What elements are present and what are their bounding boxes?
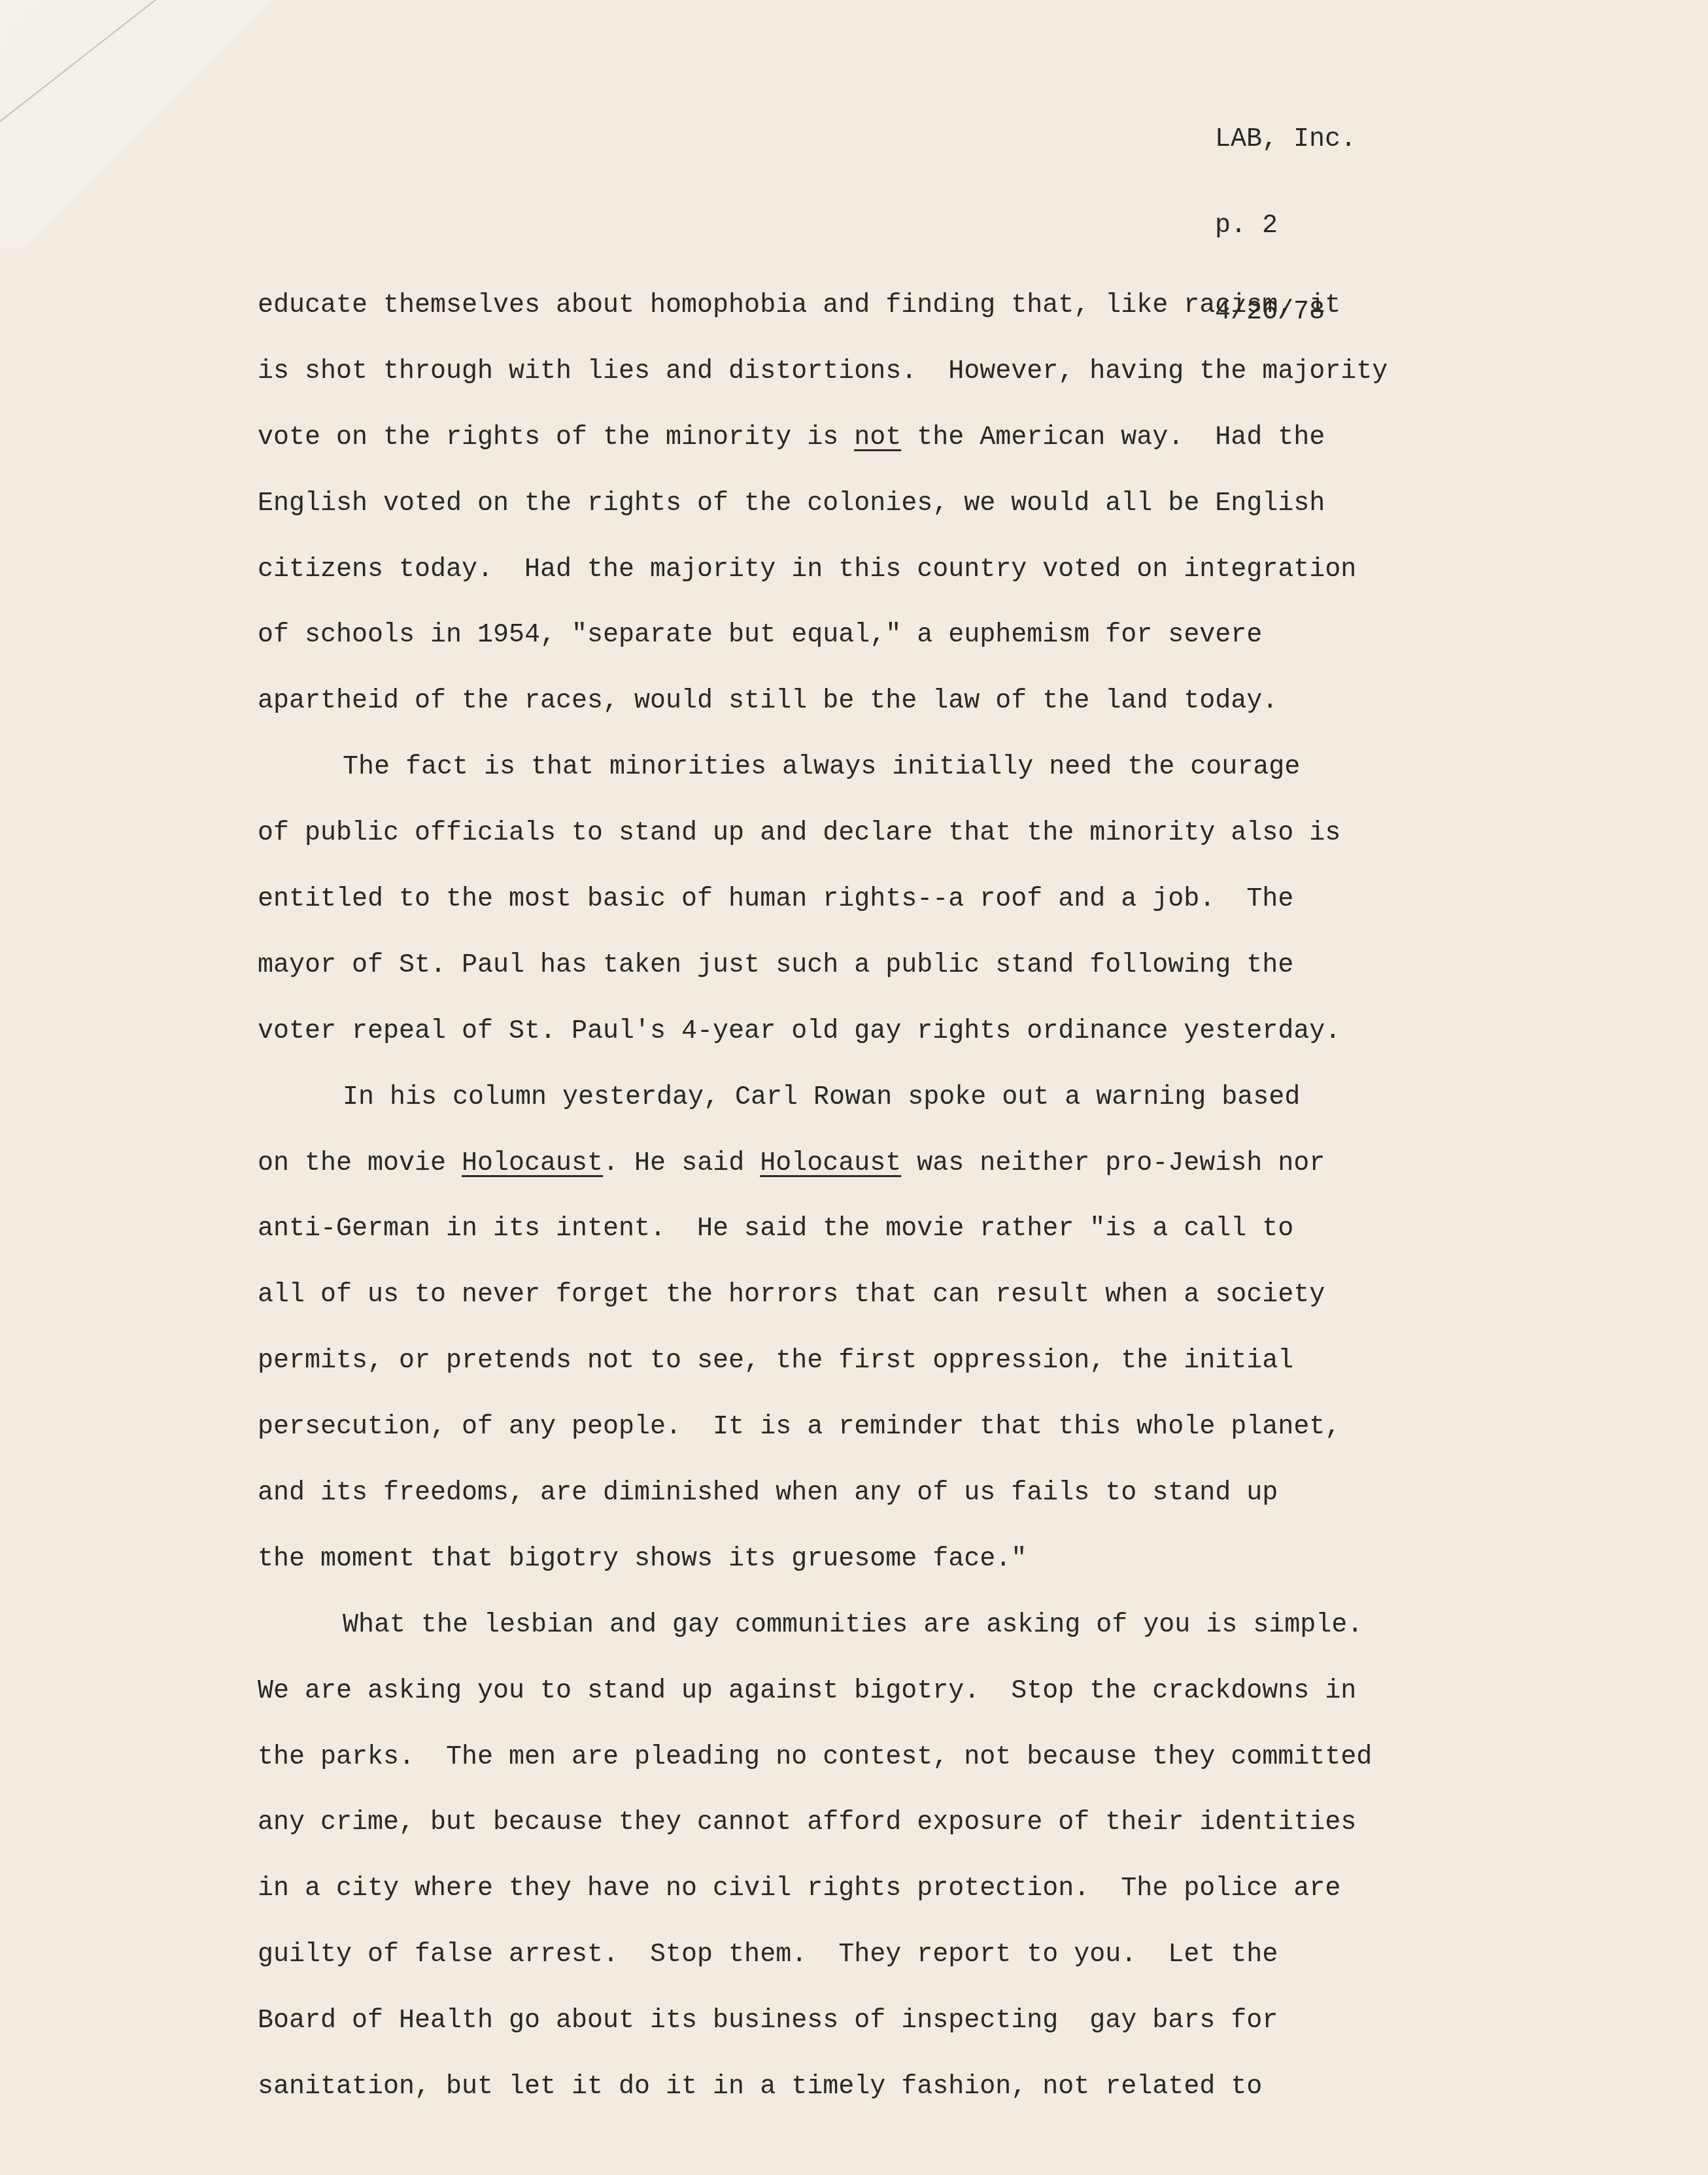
text-line: In his column yesterday, Carl Rowan spok… (258, 1065, 1500, 1131)
text-line: guilty of false arrest. Stop them. They … (258, 1923, 1500, 1989)
text-line: The fact is that minorities always initi… (258, 735, 1500, 801)
text-line: English voted on the rights of the colon… (258, 471, 1500, 538)
text-line: voter repeal of St. Paul's 4-year old ga… (258, 999, 1500, 1065)
text-line: anti-German in its intent. He said the m… (258, 1197, 1500, 1263)
text-line: We are asking you to stand up against bi… (258, 1659, 1500, 1725)
text-line: persecution, of any people. It is a remi… (258, 1395, 1500, 1461)
text-line: any crime, but because they cannot affor… (258, 1790, 1500, 1857)
text-line: of schools in 1954, "separate but equal,… (258, 603, 1500, 669)
text-line: and its freedoms, are diminished when an… (258, 1461, 1500, 1527)
text-line: What the lesbian and gay communities are… (258, 1593, 1500, 1659)
text-line: the parks. The men are pleading no conte… (258, 1725, 1500, 1791)
text-line: the moment that bigotry shows its grueso… (258, 1527, 1500, 1593)
underlined-text: Holocaust (462, 1149, 603, 1178)
text-line: is shot through with lies and distortion… (258, 339, 1500, 405)
text-line: educate themselves about homophobia and … (258, 273, 1500, 339)
text-span: the American way. Had the (901, 423, 1325, 453)
header-company: LAB, Inc. (1215, 126, 1356, 154)
underlined-text: not (854, 423, 901, 453)
text-line: of public officials to stand up and decl… (258, 801, 1500, 867)
fold-crease (0, 0, 277, 132)
text-line: mayor of St. Paul has taken just such a … (258, 933, 1500, 999)
text-line: in a city where they have no civil right… (258, 1857, 1500, 1923)
text-line: entitled to the most basic of human righ… (258, 867, 1500, 933)
text-span: . He said (603, 1149, 760, 1178)
text-line: all of us to never forget the horrors th… (258, 1263, 1500, 1329)
folded-page-corner (0, 0, 301, 248)
text-span: on the movie (258, 1149, 462, 1178)
text-line: Board of Health go about its business of… (258, 1989, 1500, 2055)
text-span: vote on the rights of the minority is (258, 423, 854, 453)
text-line: citizens today. Had the majority in this… (258, 538, 1500, 604)
text-span: was neither pro-Jewish nor (901, 1149, 1325, 1178)
underlined-text: Holocaust (760, 1149, 901, 1178)
text-line: on the movie Holocaust. He said Holocaus… (258, 1131, 1500, 1197)
text-line: permits, or pretends not to see, the fir… (258, 1329, 1500, 1395)
text-line: sanitation, but let it do it in a timely… (258, 2055, 1500, 2121)
text-line: apartheid of the races, would still be t… (258, 669, 1500, 735)
letter-body: educate themselves about homophobia and … (258, 273, 1500, 2121)
header-page-number: p. 2 (1215, 212, 1356, 241)
text-line: vote on the rights of the minority is no… (258, 405, 1500, 471)
